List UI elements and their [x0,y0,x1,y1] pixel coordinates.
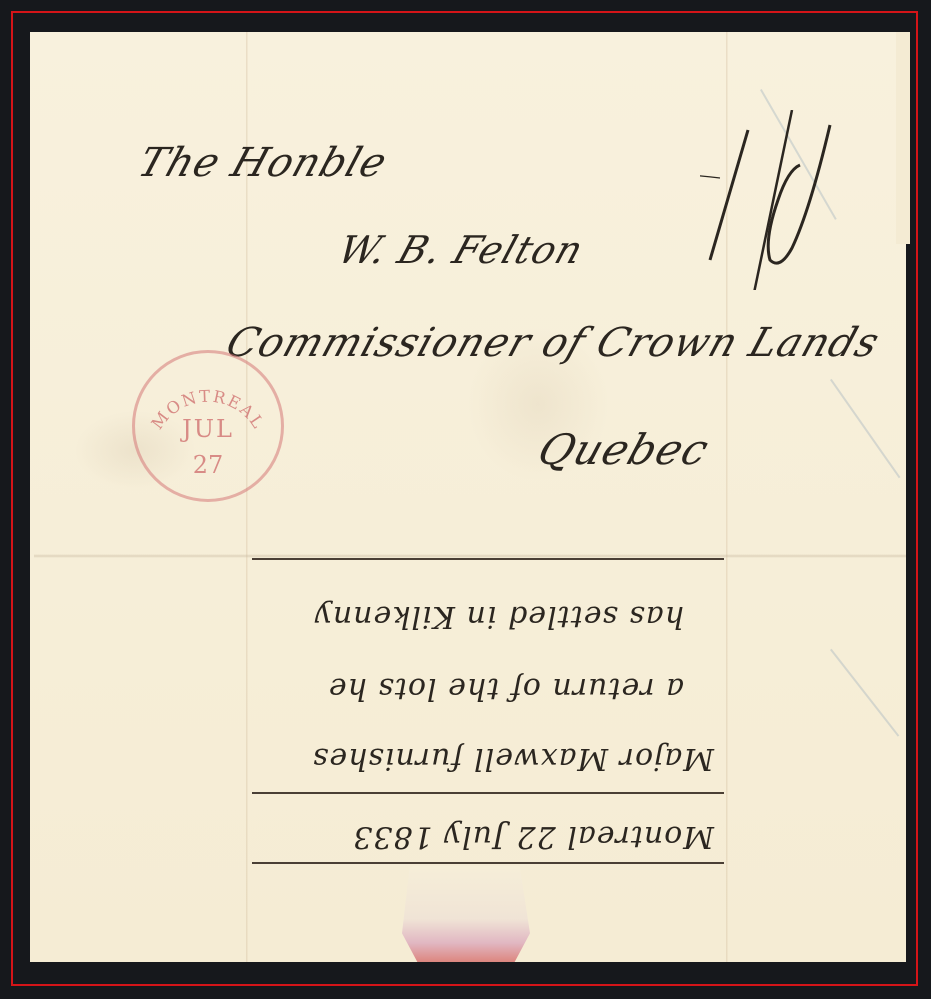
docket-line-2: Major Maxwell furnishes [312,741,714,776]
docket-line-4: has settled in Kilkenny [314,599,684,634]
recipient-city: Quebec [532,425,716,474]
paper-flap-tab [896,32,910,244]
postmark-month: JUL [135,415,281,443]
wax-seal-remnant [402,866,530,962]
docket-date-line: Montreal 22 July 1833 [352,819,714,854]
rate-marking-1-6 [700,110,840,290]
docket-upside-down-text: Montreal 22 July 1833 Major Maxwell furn… [252,556,724,866]
docket-line-3: a return of the lots he [328,671,684,706]
docket-panel: Montreal 22 July 1833 Major Maxwell furn… [252,556,724,866]
recipient-name: W. B. Felton [333,228,590,272]
recipient-title: Commissioner of Crown Lands [221,320,886,366]
postmark-day: 27 [135,451,281,479]
montreal-postmark: MONTREAL JUL 27 [132,350,284,502]
salutation: The Honble [133,140,394,186]
